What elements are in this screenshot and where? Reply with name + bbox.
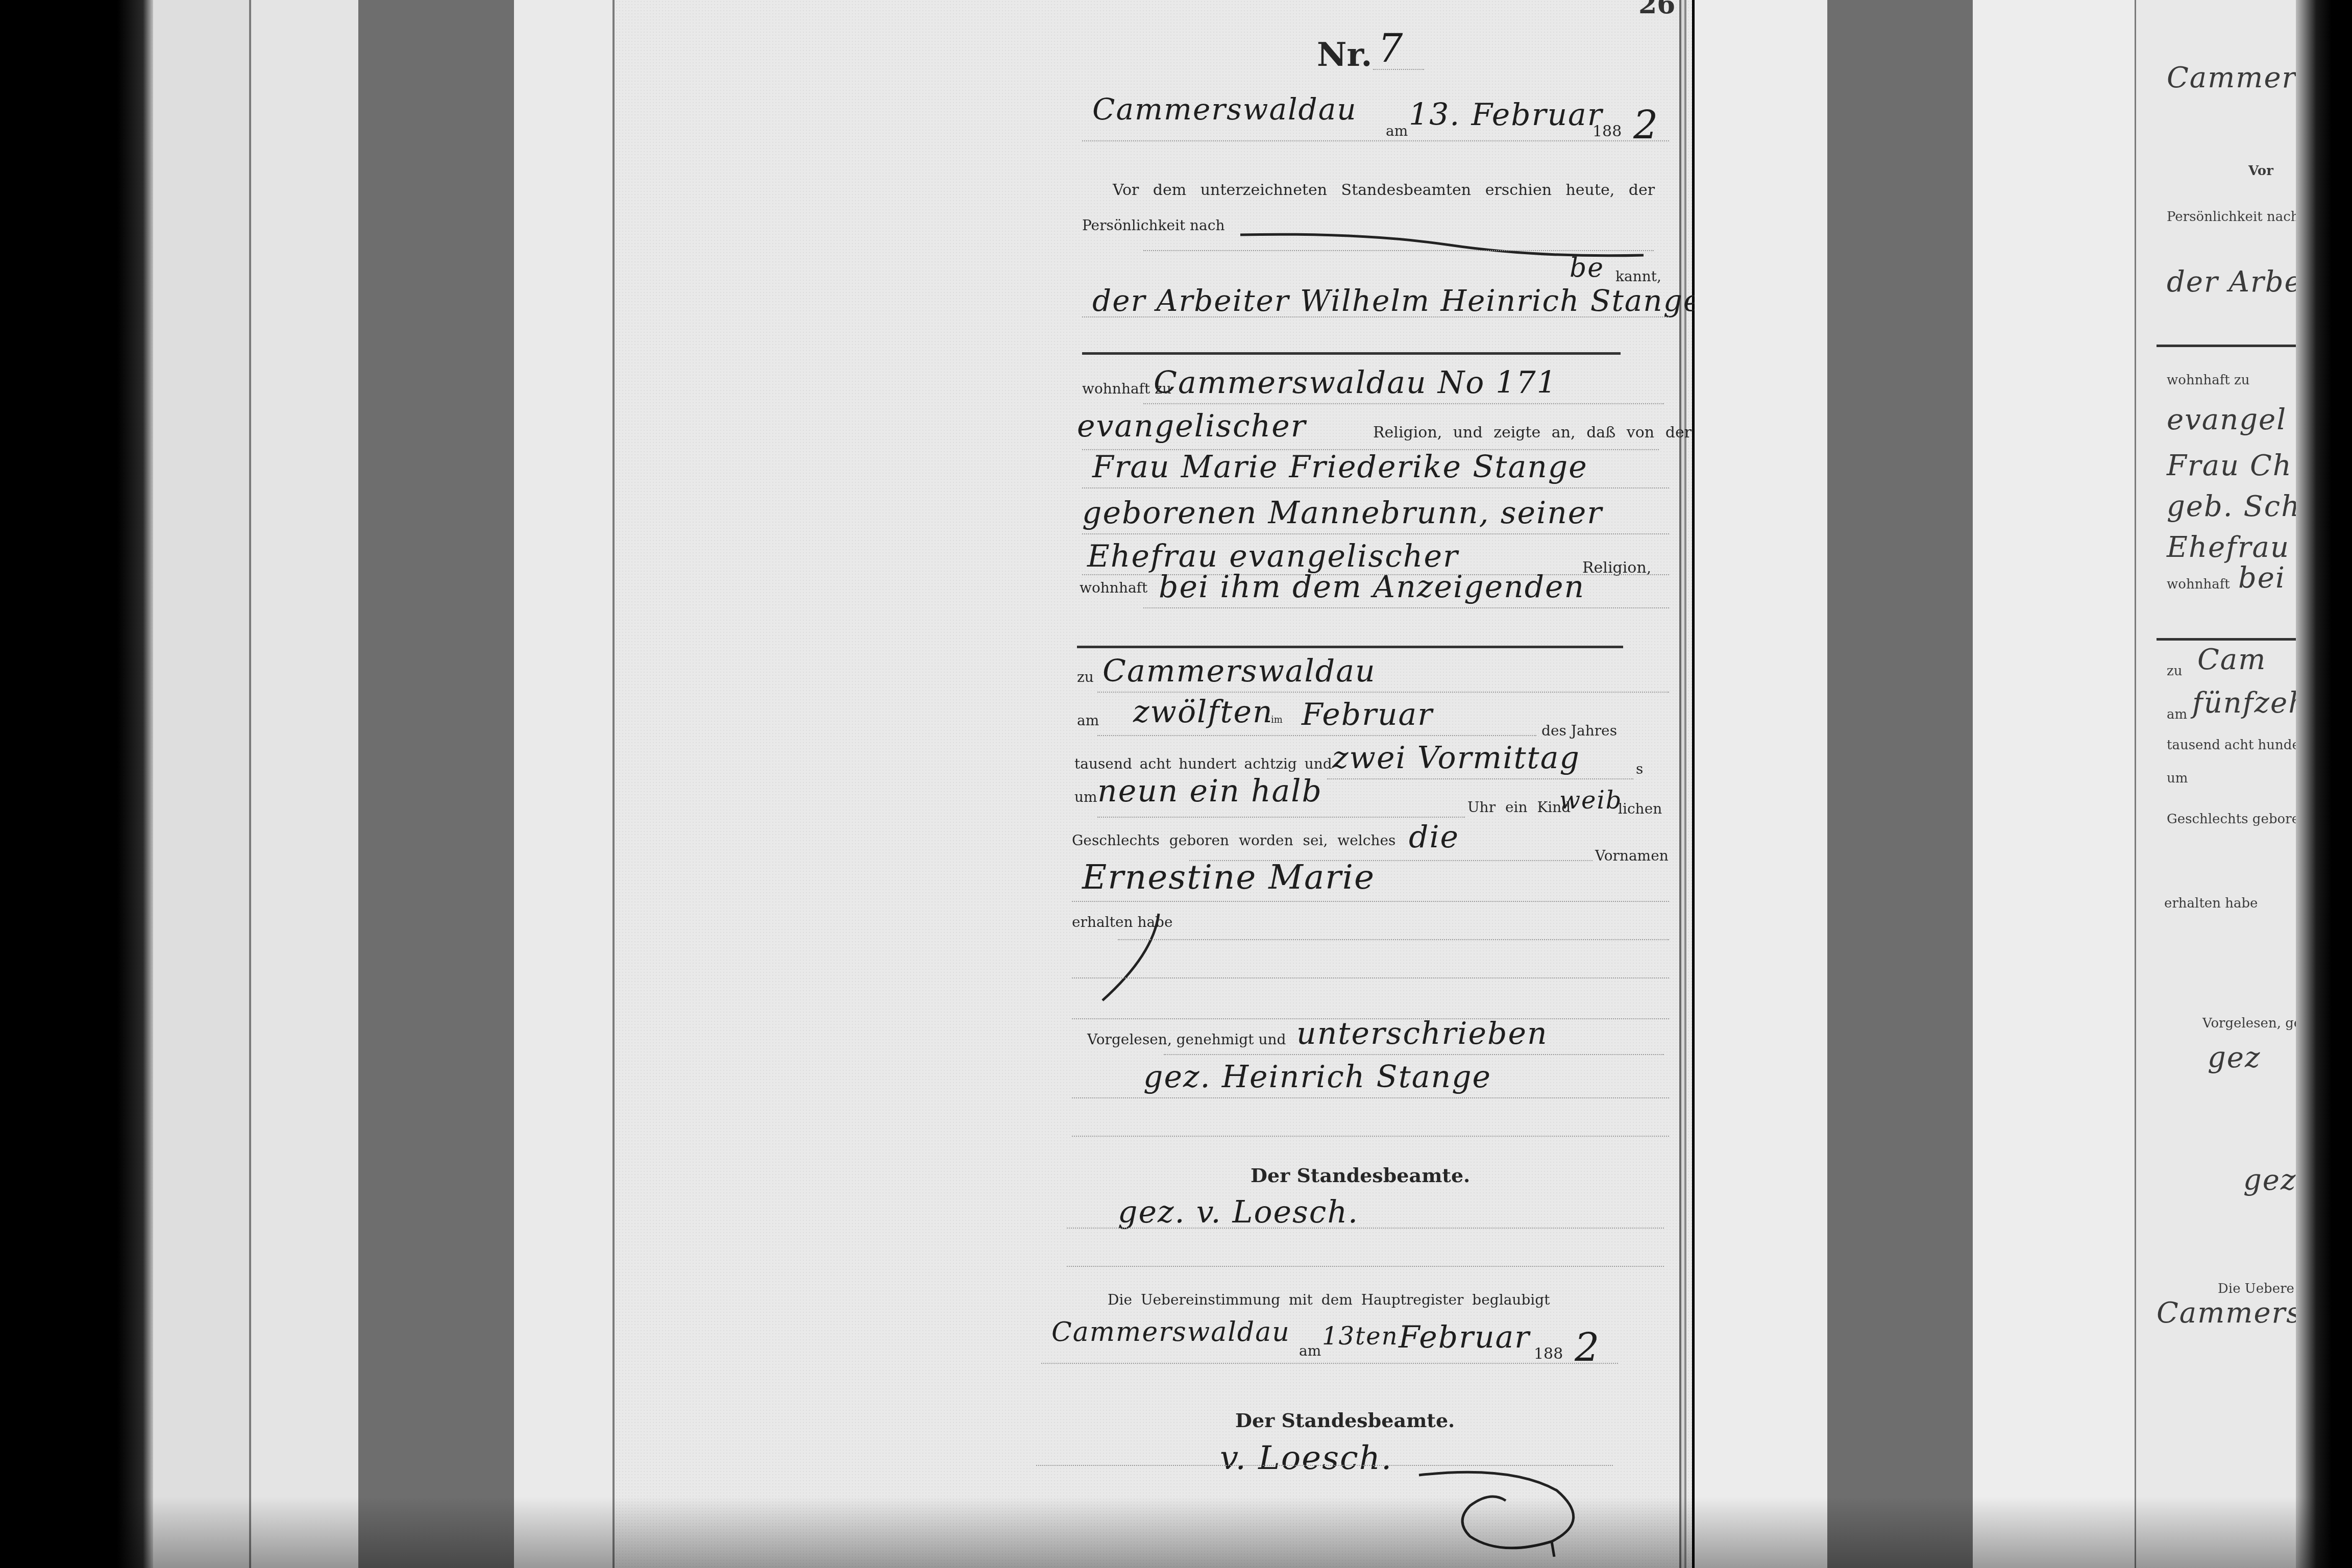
adjacent-hand-line-4: Ehefrau: [2167, 531, 2290, 564]
page-edge-strip: [153, 0, 250, 1568]
intro-line2-label: Persönlichkeit nach: [1082, 217, 1225, 234]
mother-line1: Frau Marie Friederike Stange: [1092, 449, 1588, 485]
sex-hand: weib: [1559, 786, 1623, 815]
grey-band-right: [1827, 0, 1973, 1568]
rule: [1041, 1363, 1618, 1364]
known-hand: be: [1570, 253, 1604, 283]
adjacent-geschlechts: Geschlechts geboren: [2167, 812, 2299, 827]
official-title-1: Der Standesbeamte.: [1251, 1164, 1470, 1187]
film-edge-left: [0, 0, 153, 1568]
birth-day: zwölften: [1133, 694, 1273, 730]
adjacent-persoenlichkeit: Persönlichkeit nach: [2167, 209, 2299, 225]
page-edge-strip: [514, 0, 615, 1568]
adjacent-die-ueber: Die Uebere: [2218, 1281, 2294, 1296]
rule: [1072, 1097, 1669, 1098]
rule: [1097, 817, 1465, 818]
adjacent-place: Cammersw: [2167, 61, 2299, 94]
adjacent-informant: der Arbe: [2167, 265, 2299, 299]
adjacent-vorgelesen: Vorgelesen, ge: [2202, 1016, 2299, 1031]
vornamen-label: Vornamen: [1595, 847, 1669, 864]
rule: [1067, 1266, 1664, 1267]
grey-band-left: [358, 0, 514, 1568]
page-edge-strip: [251, 0, 358, 1568]
adjacent-hand-line-2: Frau Ch: [2167, 449, 2292, 482]
birth-place: Cammerswaldau: [1102, 653, 1376, 689]
section-divider: [1077, 646, 1623, 648]
adjacent-um: um: [2167, 771, 2188, 786]
adjacent-sig1: gez: [2208, 1041, 2261, 1074]
rule: [1072, 1136, 1669, 1137]
rule: [1082, 316, 1669, 317]
adjacent-sig2: gez: [2243, 1164, 2297, 1197]
rule: [1143, 403, 1664, 404]
rule: [1082, 140, 1669, 141]
rule: [1143, 250, 1654, 251]
name-prefix: die: [1409, 819, 1459, 855]
mother-residence-label: wohnhaft: [1080, 579, 1147, 596]
cert-year-prefix: 188: [1534, 1345, 1563, 1363]
uhr-text: Uhr ein Kind: [1467, 799, 1571, 816]
year-suffix-s: s: [1636, 761, 1643, 777]
section-divider: [2157, 638, 2299, 641]
page-edge-line: [612, 0, 615, 1568]
rule: [1097, 692, 1669, 693]
mother-line2: geborenen Mannebrunn, seiner: [1082, 495, 1603, 531]
closing-label: Vorgelesen, genehmigt und: [1087, 1031, 1286, 1048]
page-edge-strip: [1973, 0, 2136, 1568]
rule: [1036, 1465, 1613, 1466]
official-signature-1: gez. v. Loesch.: [1118, 1194, 1359, 1230]
child-given-names: Ernestine Marie: [1082, 857, 1375, 897]
certification-text: Die Uebereinstimmung mit dem Hauptregist…: [1108, 1291, 1550, 1308]
adjacent-erhalten: erhalten habe: [2164, 896, 2258, 911]
official-signature-2: v. Loesch.: [1220, 1439, 1392, 1477]
rule: [1097, 735, 1536, 736]
informant-signature: gez. Heinrich Stange: [1143, 1059, 1491, 1095]
geschlecht-text: Geschlechts geboren worden sei, welches: [1072, 832, 1395, 849]
section-divider: [2157, 345, 2299, 347]
adjacent-am-value: fünfzehn: [2192, 687, 2299, 720]
year-prefix: 188: [1592, 122, 1622, 140]
religion-printed: Religion, und zeigte an, daß von der: [1373, 424, 1692, 442]
section-divider: [1082, 352, 1621, 355]
birth-time: neun ein halb: [1097, 773, 1322, 809]
rule: [1082, 487, 1669, 488]
record-number-label: Nr.: [1317, 36, 1373, 74]
birth-zu-label: zu: [1077, 669, 1094, 685]
rule: [1072, 977, 1669, 978]
record-number-value: 7: [1378, 26, 1404, 71]
am-label: am: [1386, 122, 1408, 139]
birth-um-label: um: [1074, 789, 1097, 805]
adjacent-wohnhaft2-value: bei ihm: [2238, 561, 2299, 595]
informant-religion: evangelischer: [1077, 408, 1306, 444]
cert-place: Cammerswaldau: [1051, 1317, 1290, 1347]
page-border-right: [1679, 0, 1686, 1568]
rule: [1164, 1054, 1664, 1055]
adjacent-zu-value: Cam: [2197, 643, 2266, 676]
adjacent-wohnhaft: wohnhaft zu: [2167, 373, 2249, 388]
adjacent-hand-line-3: geb. Schn: [2167, 490, 2299, 523]
record-place: Cammerswaldau: [1092, 92, 1357, 127]
informant-name: der Arbeiter Wilhelm Heinrich Stange: [1092, 283, 1702, 318]
rule: [1082, 533, 1669, 534]
rule: [1143, 607, 1669, 608]
rule: [1327, 778, 1633, 779]
adjacent-zu: zu: [2167, 664, 2182, 679]
rule: [1373, 69, 1424, 70]
adjacent-tausend: tausend acht hunder: [2167, 738, 2299, 753]
page-number: 26: [1638, 0, 1675, 20]
year-printed: tausend acht hundert achtzig und: [1074, 755, 1332, 772]
adjacent-register-page: Cammersw Vor Persönlichkeit nach der Arb…: [2136, 0, 2299, 1568]
rule: [1072, 901, 1669, 902]
cert-month: Februar: [1399, 1319, 1530, 1355]
record-date: 13. Februar: [1409, 97, 1603, 133]
cert-am-label: am: [1299, 1342, 1321, 1359]
closing-stroke: [1097, 909, 1169, 1011]
birth-month: Februar: [1302, 697, 1433, 732]
sex-printed: lichen: [1618, 800, 1662, 817]
intro-line1: Vor dem unterzeichneten Standesbeamten e…: [1113, 181, 1655, 199]
film-edge-right: [2296, 0, 2352, 1568]
residence-value: Cammerswaldau No 171: [1154, 365, 1557, 401]
adjacent-wohnhaft2: wohnhaft: [2167, 577, 2230, 592]
closing-value: unterschrieben: [1296, 1016, 1548, 1051]
page-edge-strip: [1695, 0, 1827, 1568]
official-title-2: Der Standesbeamte.: [1235, 1409, 1455, 1432]
rule: [1067, 1228, 1664, 1229]
cert-day: 13ten: [1322, 1322, 1399, 1351]
adjacent-cert-place: Cammersw: [2157, 1296, 2299, 1330]
adjacent-am: am: [2167, 707, 2187, 722]
year-hand: zwei Vormittag: [1332, 740, 1580, 776]
adjacent-hand-line-1: evangel: [2167, 403, 2287, 436]
birth-im-label: im: [1271, 715, 1283, 725]
signature-flourish: [1409, 1470, 1603, 1557]
des-jahres: des Jahres: [1541, 722, 1617, 739]
known-printed: kannt,: [1615, 268, 1661, 285]
mother-residence-value: bei ihm dem Anzeigenden: [1159, 569, 1585, 605]
adjacent-vor: Vor: [2248, 163, 2273, 179]
rule: [1118, 939, 1669, 940]
birth-am-label: am: [1077, 712, 1099, 729]
